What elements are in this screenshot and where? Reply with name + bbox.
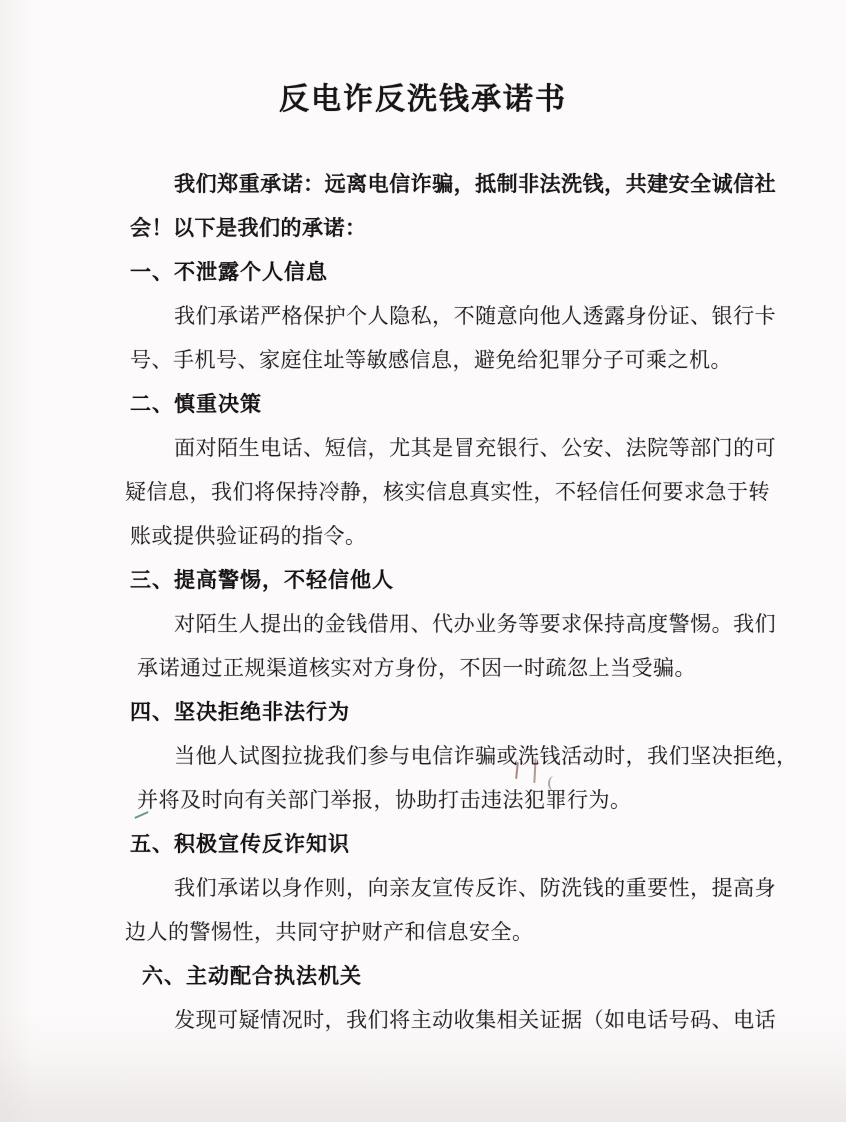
intro-line: 我们郑重承诺：远离电信诈骗，抵制非法洗钱，共建安全诚信社 bbox=[130, 162, 722, 206]
body-line: 发现可疑情况时，我们将主动收集相关证据（如电话号码、电话 bbox=[130, 998, 722, 1042]
section-heading: 四、坚决拒绝非法行为 bbox=[130, 690, 722, 734]
section-heading: 三、提高警惕，不轻信他人 bbox=[130, 558, 722, 602]
section-heading: 一、不泄露个人信息 bbox=[130, 250, 722, 294]
body-line: 边人的警惕性，共同守护财产和信息安全。 bbox=[125, 910, 722, 954]
section-heading: 六、主动配合执法机关 bbox=[130, 954, 722, 998]
body-line: 疑信息，我们将保持冷静，核实信息真实性，不轻信任何要求急于转 bbox=[125, 470, 722, 514]
document-title: 反电诈反洗钱承诺书 bbox=[0, 0, 846, 124]
body-line: 面对陌生电话、短信，尤其是冒充银行、公安、法院等部门的可 bbox=[130, 426, 722, 470]
section-heading: 二、慎重决策 bbox=[130, 382, 722, 426]
body-line: 承诺通过正规渠道核实对方身份，不因一时疏忽上当受骗。 bbox=[130, 646, 722, 690]
scan-speck-icon bbox=[336, 483, 338, 487]
scanned-document-page: 反电诈反洗钱承诺书 我们郑重承诺：远离电信诈骗，抵制非法洗钱，共建安全诚信社 会… bbox=[0, 0, 846, 1122]
ink-stain-icon bbox=[548, 776, 560, 791]
body-line: 对陌生人提出的金钱借用、代办业务等要求保持高度警惕。我们 bbox=[130, 602, 722, 646]
section-heading: 五、积极宣传反诈知识 bbox=[130, 822, 722, 866]
body-line: 我们承诺以身作则，向亲友宣传反诈、防洗钱的重要性，提高身 bbox=[130, 866, 722, 910]
body-line: 号、手机号、家庭住址等敏感信息，避免给犯罪分子可乘之机。 bbox=[130, 338, 722, 382]
document-body: 我们郑重承诺：远离电信诈骗，抵制非法洗钱，共建安全诚信社 会！以下是我们的承诺：… bbox=[130, 162, 722, 1042]
body-line: 当他人试图拉拢我们参与电信诈骗或洗钱活动时，我们坚决拒绝， bbox=[130, 734, 722, 778]
intro-line: 会！以下是我们的承诺： bbox=[130, 206, 722, 250]
body-line: 我们承诺严格保护个人隐私，不随意向他人透露身份证、银行卡 bbox=[130, 294, 722, 338]
body-line: 并将及时向有关部门举报，协助打击违法犯罪行为。 bbox=[130, 778, 722, 822]
body-line: 账或提供验证码的指令。 bbox=[130, 514, 722, 558]
